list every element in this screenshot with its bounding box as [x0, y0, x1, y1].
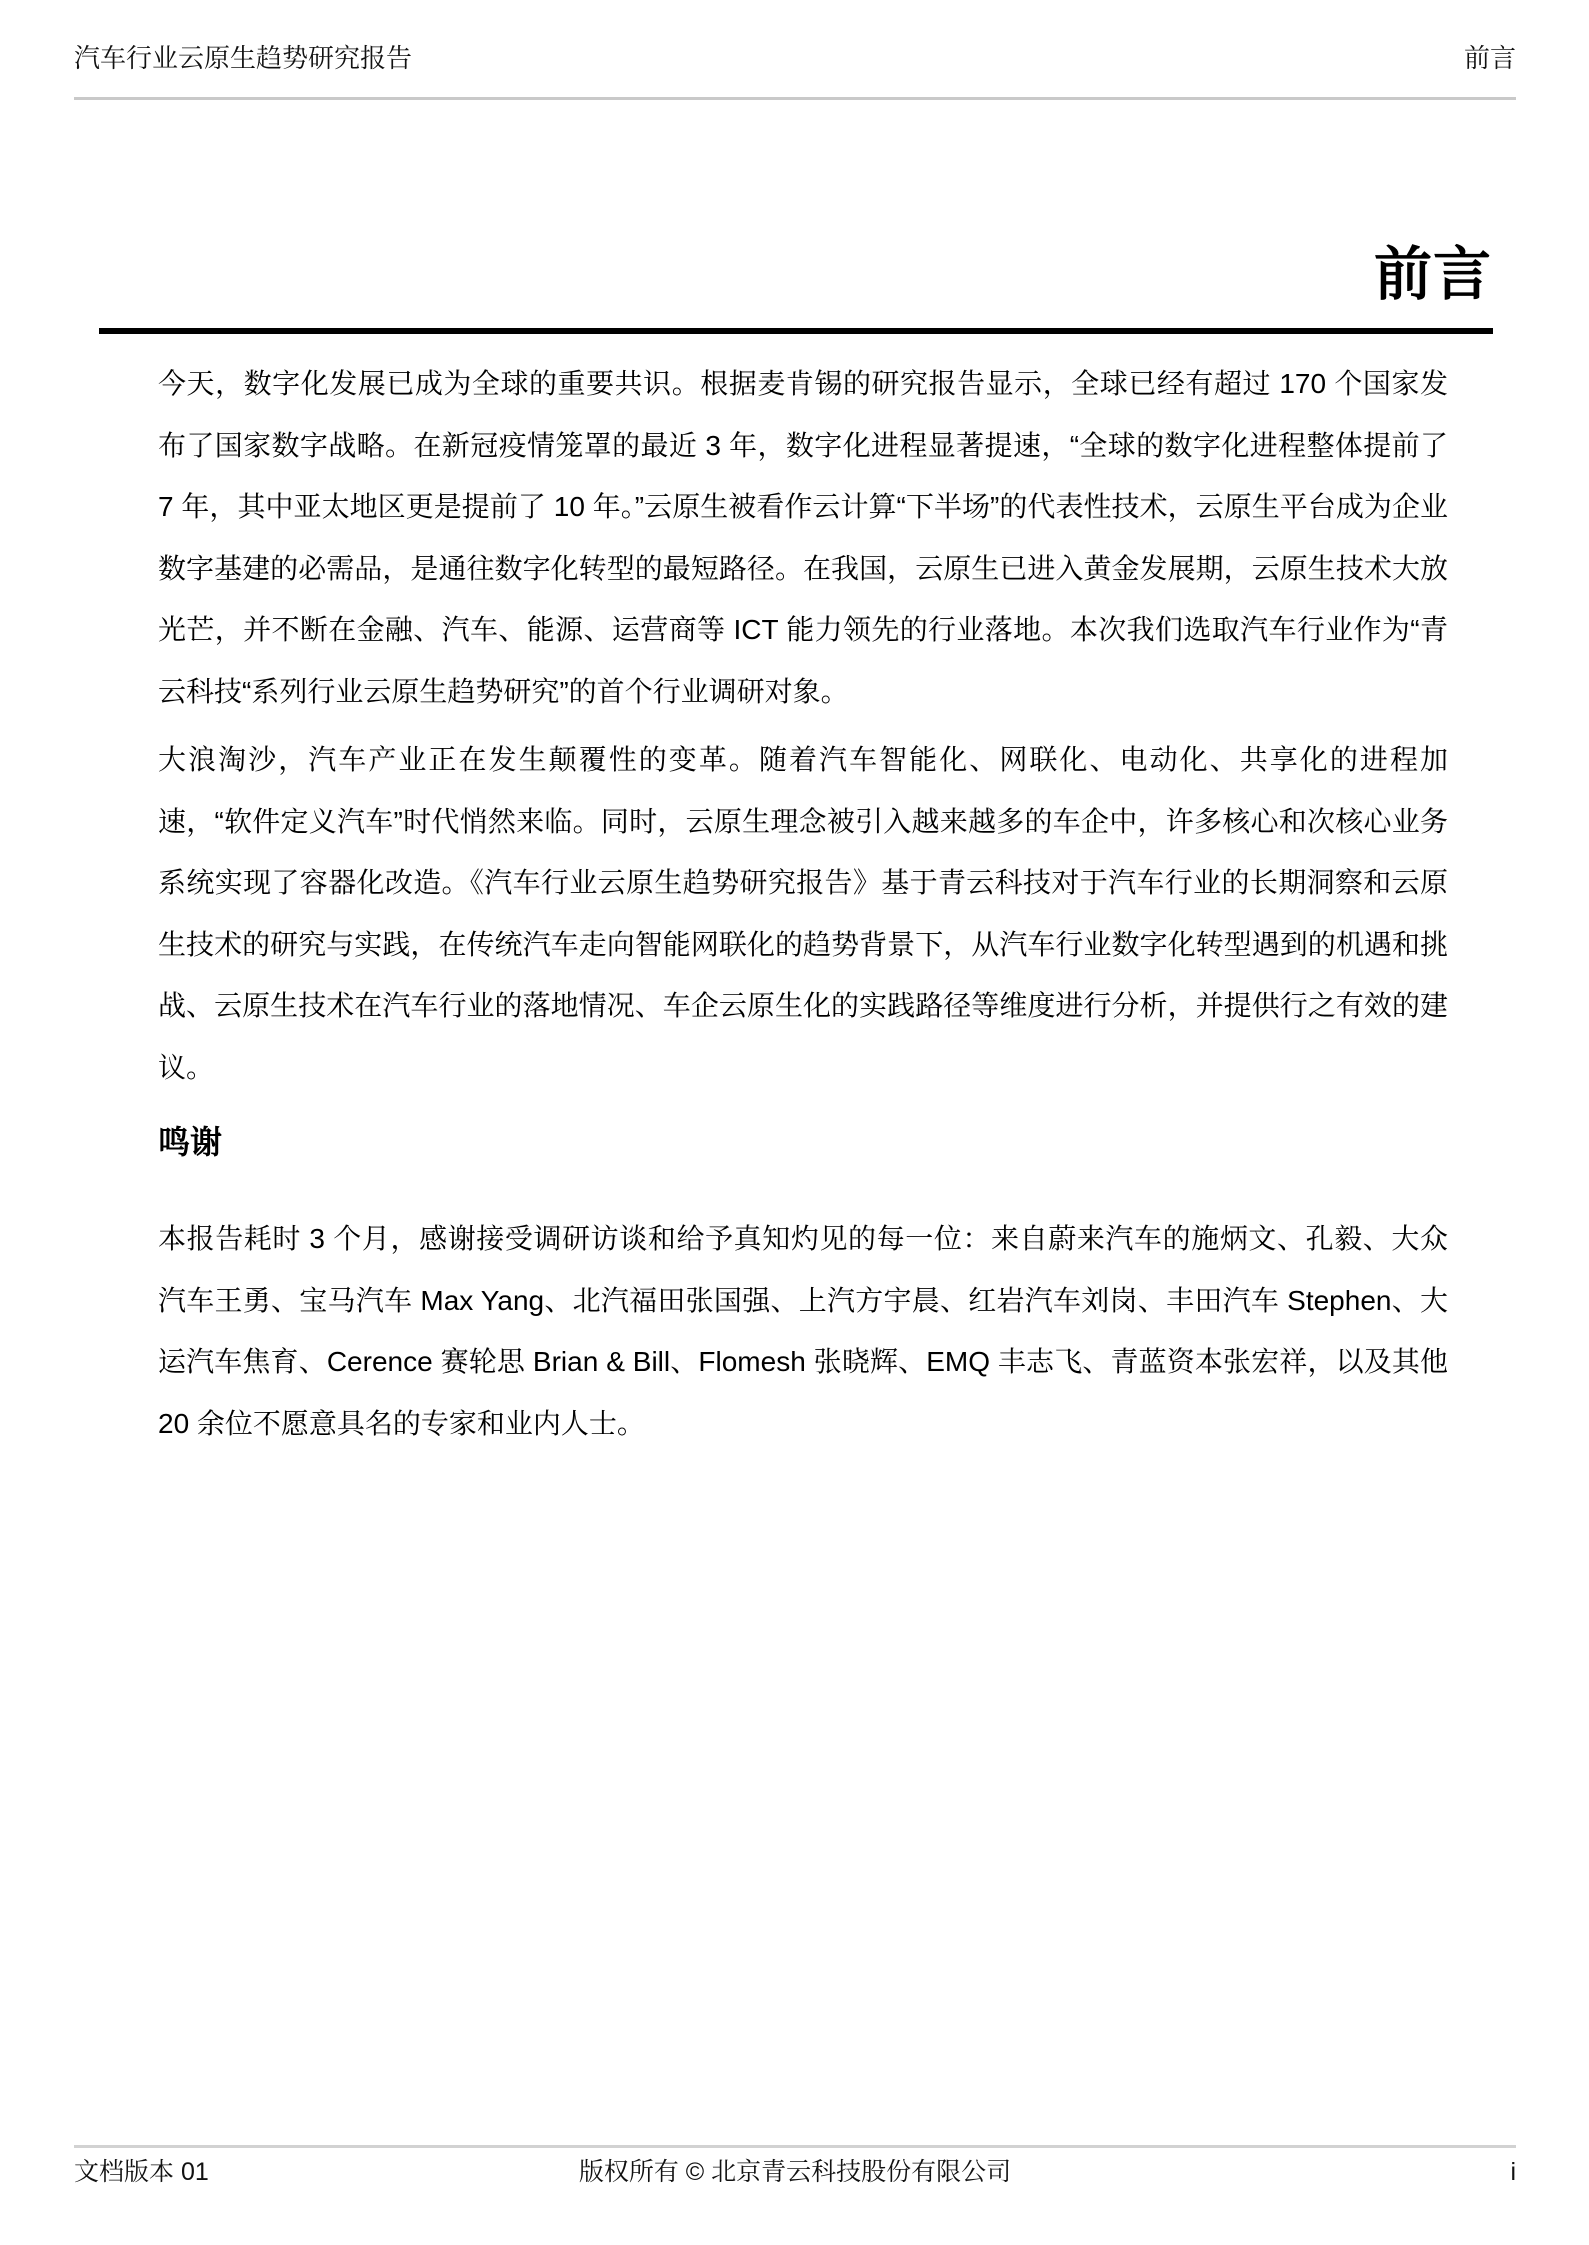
page-header: 汽车行业云原生趋势研究报告 前言 [74, 42, 1516, 74]
footer-page-number: i [1011, 2156, 1516, 2188]
acknowledgement-heading: 鸣谢 [158, 1120, 1448, 1164]
header-divider [74, 97, 1516, 100]
footer-divider [74, 2145, 1516, 2148]
title-divider [99, 328, 1493, 334]
paragraph-intro-2: 大浪淘沙，汽车产业正在发生颠覆性的变革。随着汽车智能化、网联化、电动化、共享化的… [158, 729, 1448, 1098]
footer-version-label: 文档版本 01 [74, 2156, 579, 2188]
header-section-label: 前言 [1464, 42, 1516, 74]
footer-copyright: 版权所有 © 北京青云科技股份有限公司 [579, 2156, 1011, 2188]
paragraph-acknowledgement: 本报告耗时 3 个月，感谢接受调研访谈和给予真知灼见的每一位：来自蔚来汽车的施炳… [158, 1208, 1448, 1454]
document-body: 今天，数字化发展已成为全球的重要共识。根据麦肯锡的研究报告显示，全球已经有超过 … [158, 353, 1448, 1461]
page-title: 前言 [1374, 240, 1492, 310]
paragraph-intro-1: 今天，数字化发展已成为全球的重要共识。根据麦肯锡的研究报告显示，全球已经有超过 … [158, 353, 1448, 722]
page-footer: 文档版本 01 版权所有 © 北京青云科技股份有限公司 i [74, 2156, 1516, 2188]
document-page: { "doc": { "header": { "left": "汽车行业云原生趋… [0, 0, 1589, 2245]
header-document-title: 汽车行业云原生趋势研究报告 [74, 42, 412, 74]
